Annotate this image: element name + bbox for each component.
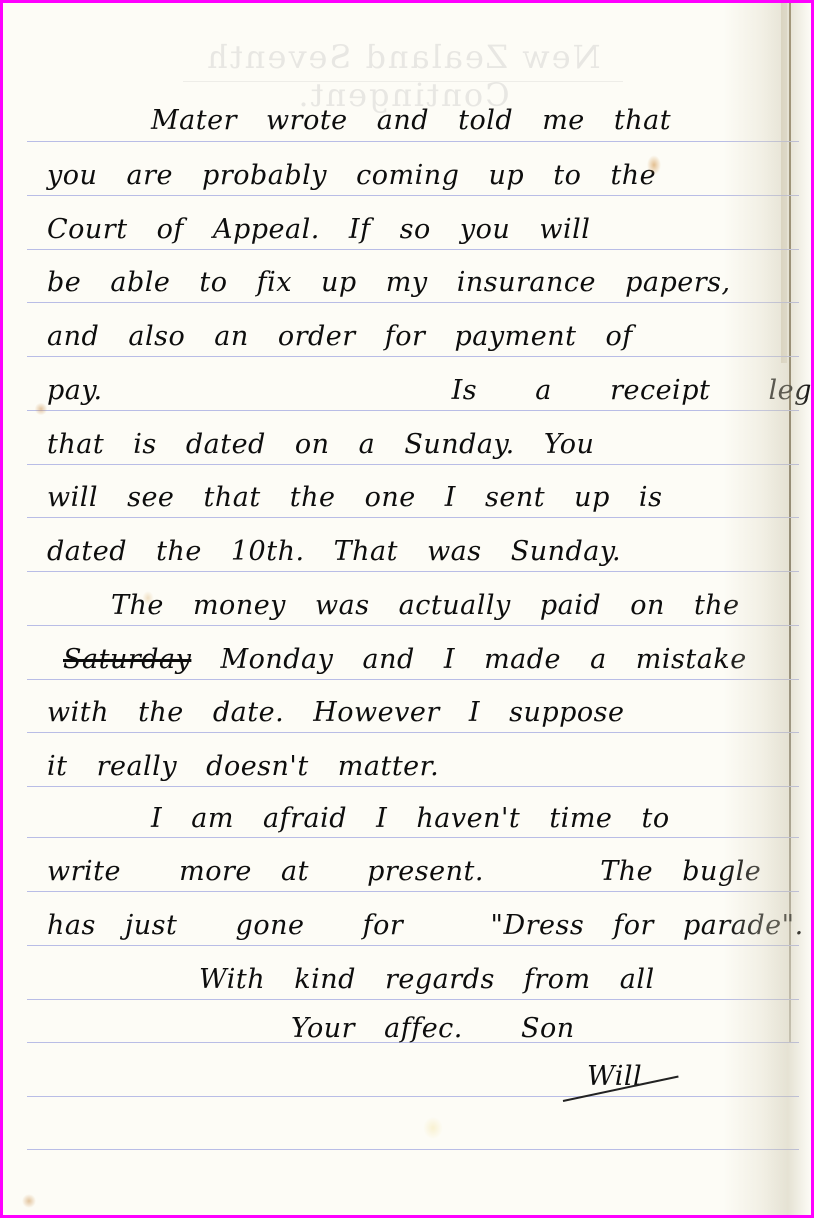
- letterhead-rule: [183, 81, 623, 82]
- letter-page: New Zealand Seventh Contingent. Mater wr…: [3, 3, 811, 1215]
- ruled-line: [27, 517, 799, 518]
- ruled-line: [27, 732, 799, 733]
- ruled-line: [27, 891, 799, 892]
- letter-line-8: will see that the one I sent up is: [47, 482, 787, 513]
- ruled-line: [27, 999, 799, 1000]
- ruled-line: [27, 786, 799, 787]
- letter-line-11: Saturday Monday and I made a mistake: [63, 644, 803, 675]
- ruled-line: [27, 141, 799, 142]
- letter-line-17: With kind regards from all: [199, 964, 811, 995]
- letter-line-12: with the date. However I suppose: [47, 697, 787, 728]
- ruled-line: [27, 195, 799, 196]
- letter-line-13: it really doesn't matter.: [47, 751, 787, 782]
- ruled-line: [27, 837, 799, 838]
- ruled-line: [27, 1096, 799, 1097]
- right-margin-line: [789, 3, 791, 1043]
- ruled-line: [27, 945, 799, 946]
- letter-line-7: that is dated on a Sunday. You: [47, 429, 787, 460]
- letter-line-14: I am afraid I haven't time to: [151, 803, 811, 834]
- ruled-line: [27, 410, 799, 411]
- ruled-line: [27, 679, 799, 680]
- closing-line: Your affec. Son: [291, 1013, 811, 1044]
- letter-line-2: you are probably coming up to the: [47, 160, 787, 191]
- ruled-line: [27, 302, 799, 303]
- ruled-line: [27, 356, 799, 357]
- letter-line-5: and also an order for payment of: [47, 321, 787, 352]
- ruled-line: [27, 625, 799, 626]
- letter-line-15: write more at present. The bugle: [47, 856, 787, 887]
- letter-line-9: dated the 10th. That was Sunday.: [47, 536, 787, 567]
- letter-line-4: be able to fix up my insurance papers,: [47, 267, 787, 298]
- letter-line-11-text: Monday and I made a mistake: [220, 644, 746, 675]
- letter-line-6: pay. Is a receipt legal: [47, 375, 787, 406]
- letter-line-16: has just gone for "Dress for parade".: [47, 910, 787, 941]
- letter-line-3: Court of Appeal. If so you will: [47, 214, 787, 245]
- ruled-line: [27, 464, 799, 465]
- ruled-line: [27, 1149, 799, 1150]
- letter-line-10: The money was actually paid on the: [111, 590, 811, 621]
- letter-line-1: Mater wrote and told me that: [151, 105, 811, 136]
- struck-word: Saturday: [63, 644, 191, 675]
- ruled-line: [27, 249, 799, 250]
- letterhead-showthrough: New Zealand Seventh Contingent.: [113, 38, 693, 114]
- ruled-line: [27, 571, 799, 572]
